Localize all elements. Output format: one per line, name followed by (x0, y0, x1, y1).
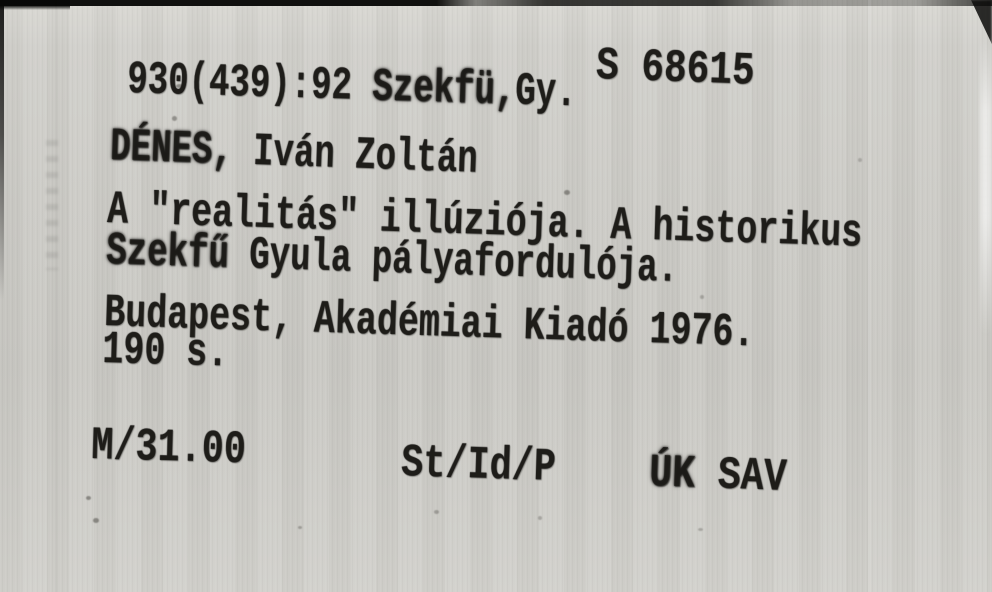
scan-edge-left (0, 0, 4, 300)
author-forenames: Iván Zoltán (232, 125, 479, 186)
ink-speckle (858, 158, 862, 162)
ink-ghost-marks (46, 140, 58, 270)
ink-speckle (434, 510, 439, 514)
ink-speckle (86, 496, 91, 500)
scan-edge-top (0, 0, 992, 6)
shelf-mark: S 68615 (595, 43, 755, 95)
udc-number: 930(439):92 (127, 54, 374, 113)
ink-speckle (538, 516, 542, 520)
ink-speckle (698, 528, 703, 531)
author-line: DÉNES, Iván Zoltán (109, 124, 478, 183)
ink-speckle (93, 518, 99, 523)
processing-signature: St/Id/P (400, 440, 556, 491)
classification-author-name: Szekfü, (372, 61, 516, 117)
library-stamp-abbr: ÚK (648, 447, 696, 501)
scan-edge-top-left (0, 0, 70, 10)
library-stamp: ÚK SAV (648, 450, 787, 501)
paper-crease (868, 0, 871, 592)
ink-speckle (700, 295, 704, 299)
pagination-line: 190 s. (102, 327, 229, 376)
author-surname: DÉNES, (109, 121, 233, 177)
ink-speckle (298, 526, 302, 529)
catalog-card: 930(439):92 Szekfü,Gy. S 68615 DÉNES, Iv… (0, 0, 992, 592)
library-stamp-rest: SAV (694, 449, 787, 504)
scan-sheen-right (980, 36, 992, 336)
price-note: M/31.00 (91, 423, 247, 473)
paper-crease (55, 0, 57, 592)
classification-author-initials: Gy. (515, 66, 578, 120)
ink-speckle (172, 116, 177, 121)
classification-line: 930(439):92 Szekfü,Gy. (127, 57, 578, 116)
ink-speckle (564, 190, 570, 195)
title-name-word: Szekfű (105, 225, 229, 281)
